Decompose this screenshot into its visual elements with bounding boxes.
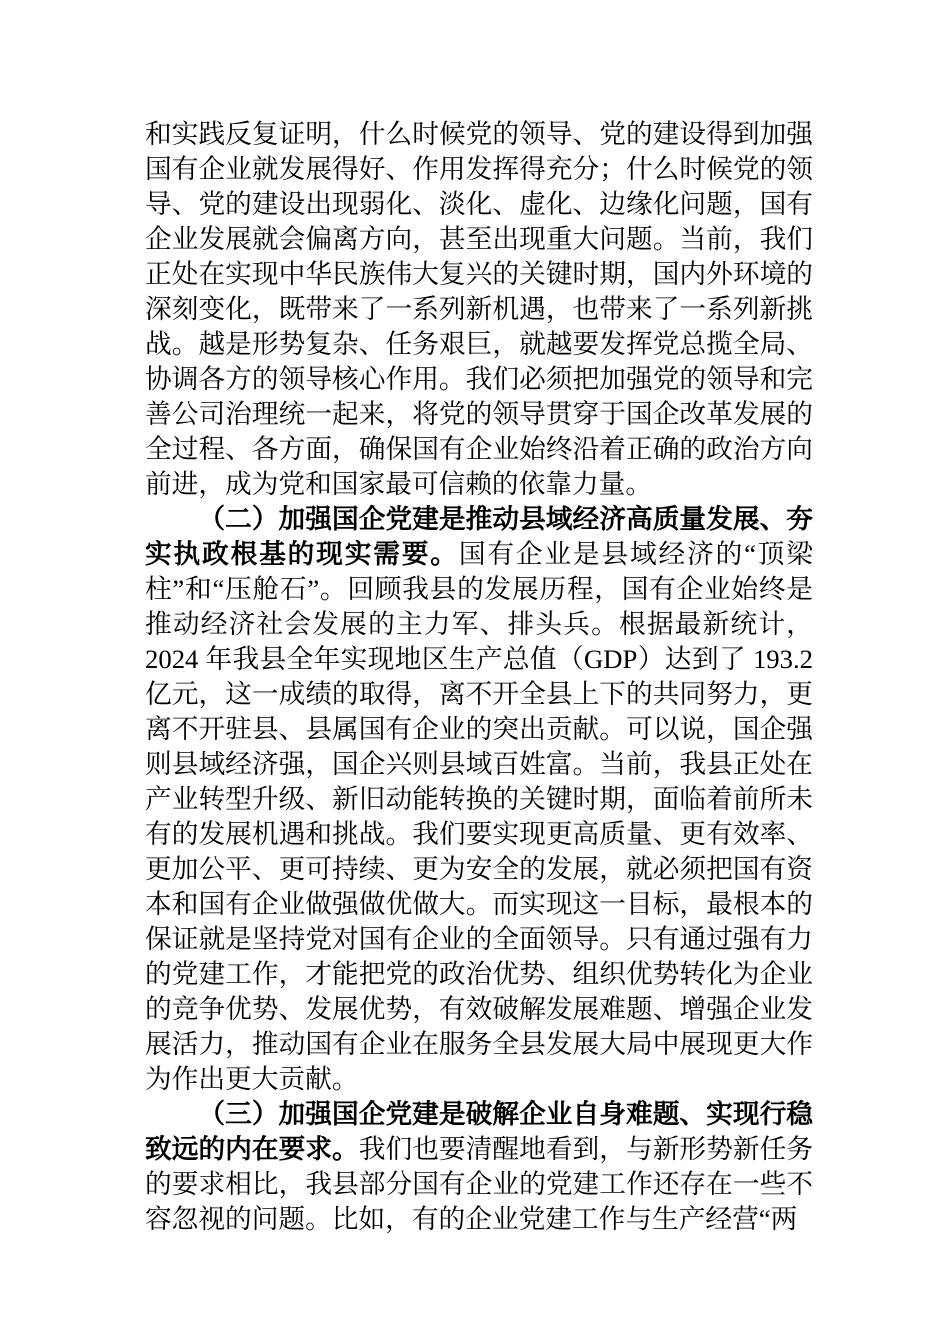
paragraph: （三）加强国企党建是破解企业自身难题、实现行稳致远的内在要求。我们也要清醒地看到… [145,1097,813,1237]
body-text: 和实践反复证明，什么时候党的领导、党的建设得到加强国有企业就发展得好、作用发挥得… [145,119,813,499]
paragraph: （二）加强国企党建是推动县域经济高质量发展、夯实执政根基的现实需要。国有企业是县… [145,502,813,1097]
paragraph: 和实践反复证明，什么时候党的领导、党的建设得到加强国有企业就发展得好、作用发挥得… [145,117,813,502]
body-text: 国有企业是县域经济的“顶梁柱”和“压舱石”。回顾我县的发展历程，国有企业始终是推… [145,539,813,1094]
document-page: 和实践反复证明，什么时候党的领导、党的建设得到加强国有企业就发展得好、作用发挥得… [0,0,950,1344]
document-body: 和实践反复证明，什么时候党的领导、党的建设得到加强国有企业就发展得好、作用发挥得… [145,117,813,1237]
